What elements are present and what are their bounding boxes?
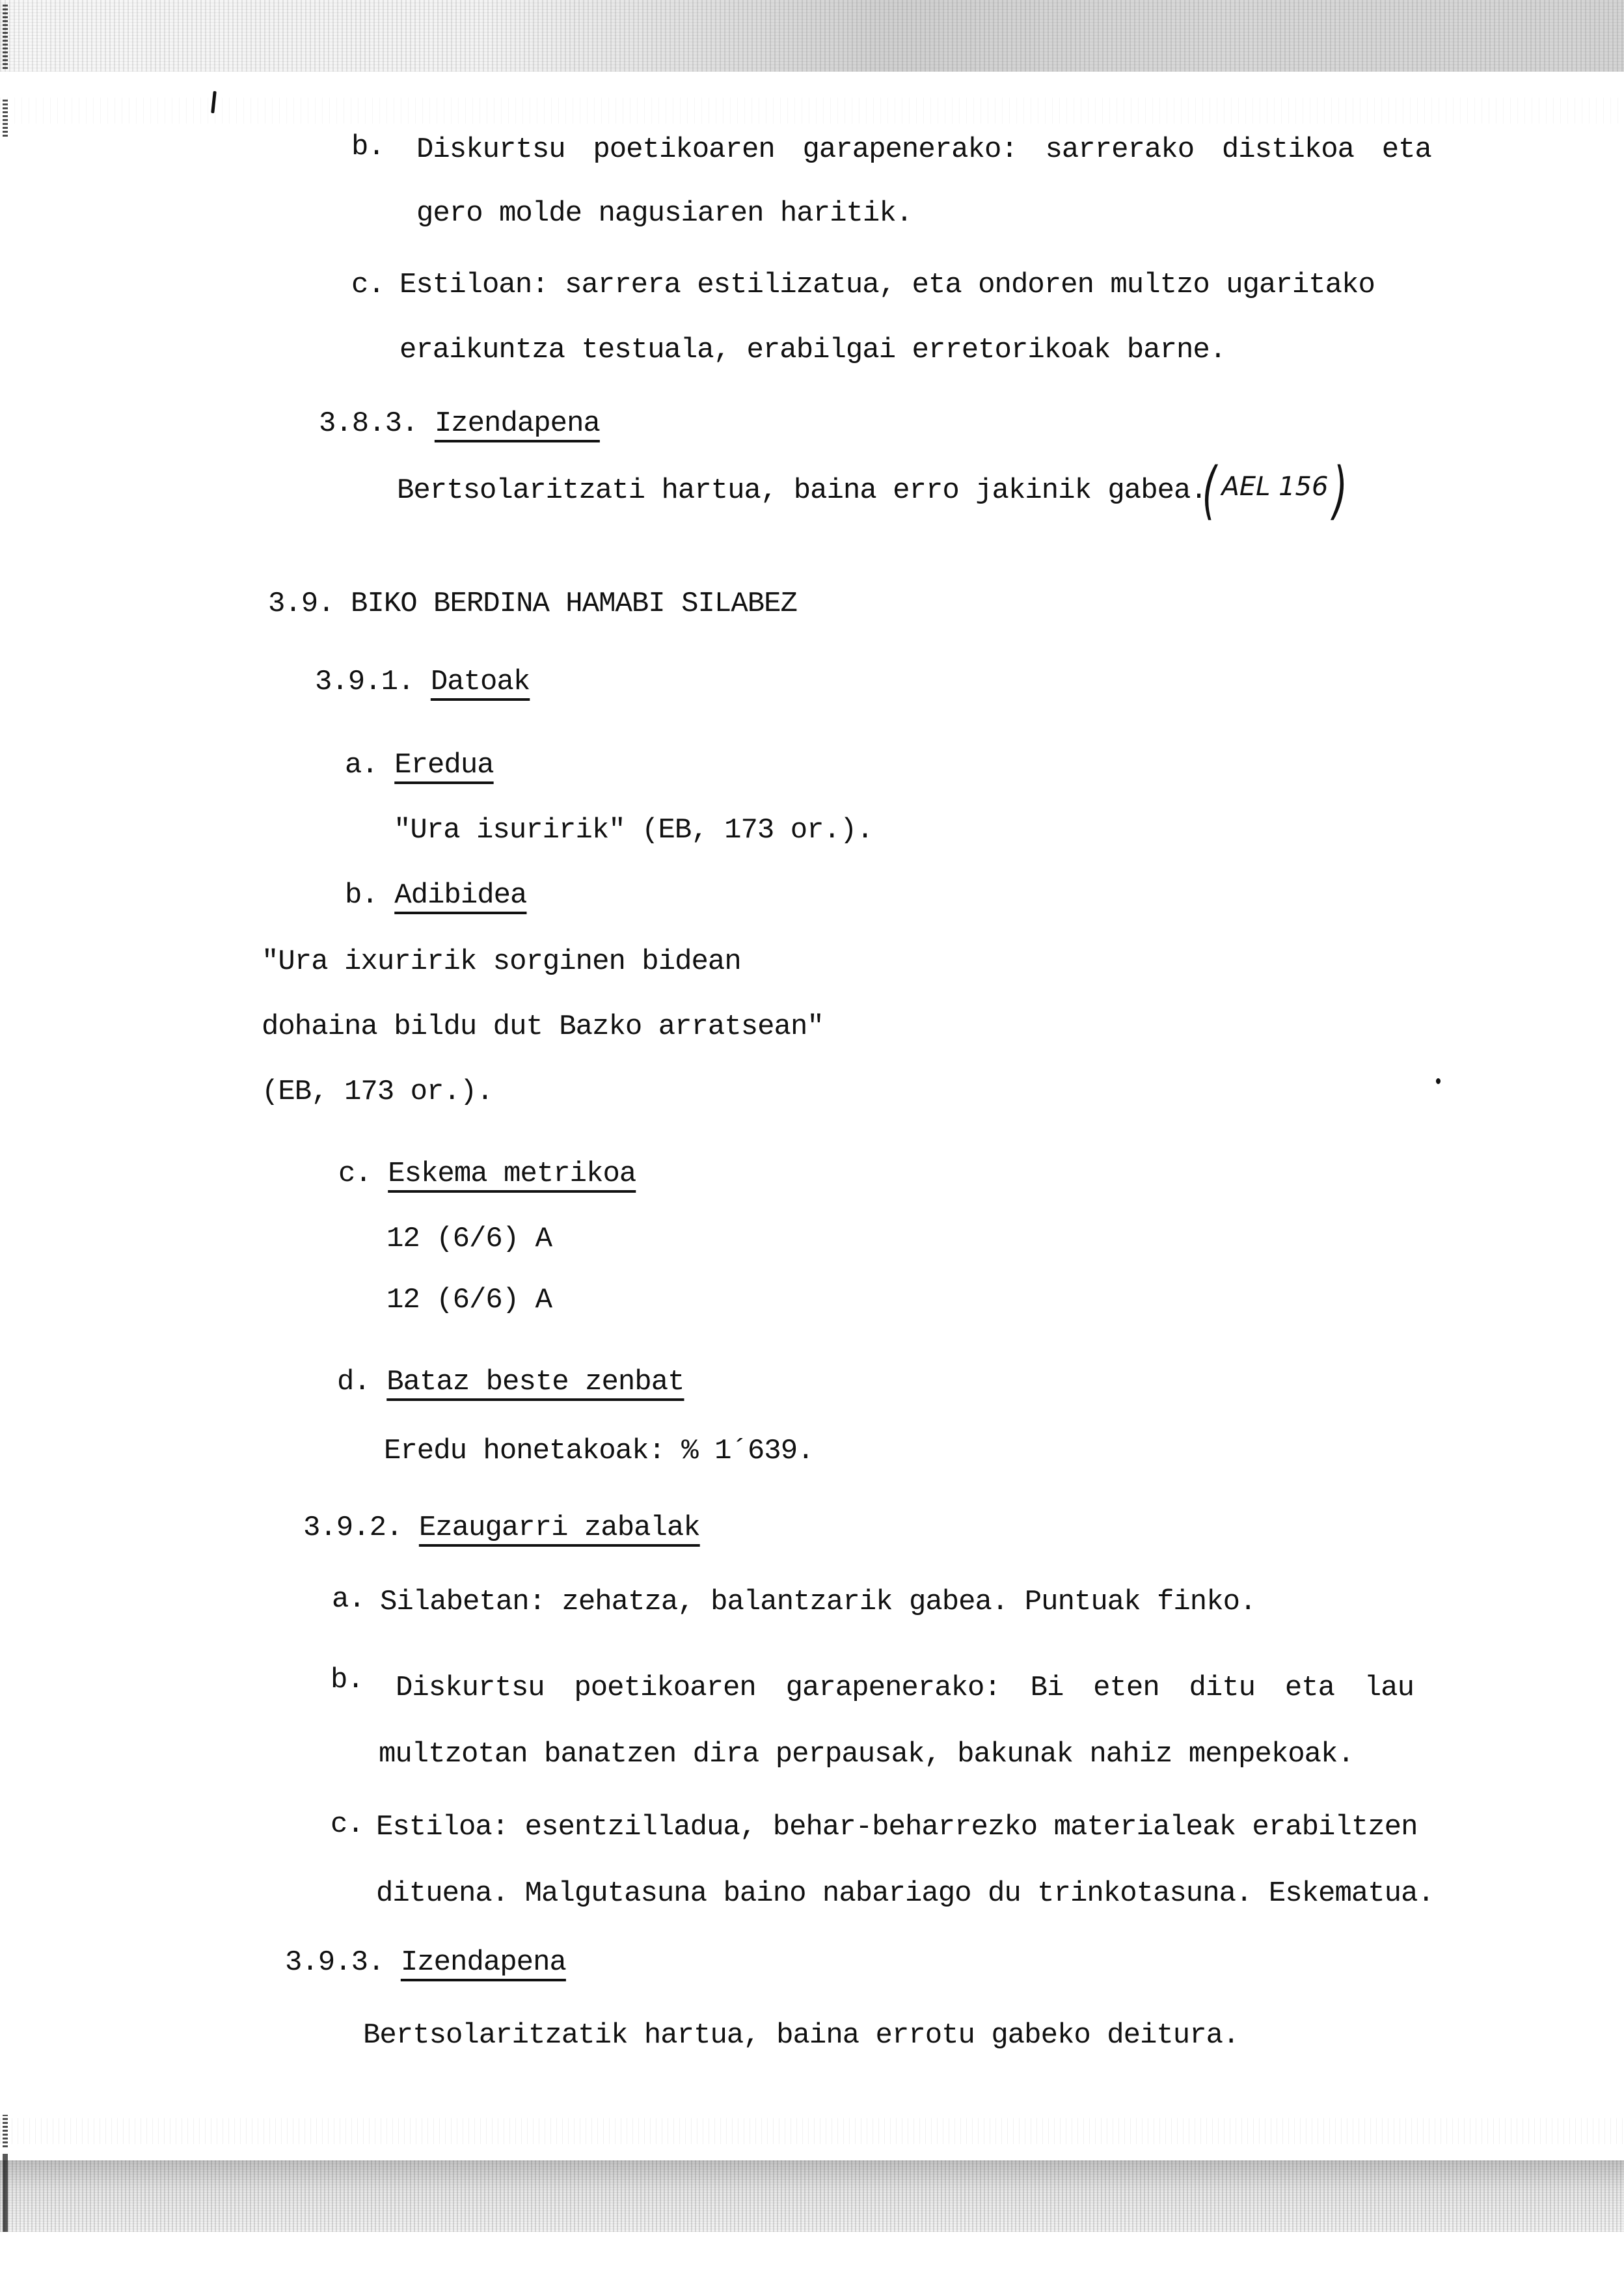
word: sarrerako bbox=[1045, 133, 1194, 167]
word: poetikoaren bbox=[574, 1671, 755, 1705]
item-a-body: Silabetan: zehatza, balantzarik gabea. P… bbox=[380, 1585, 1256, 1619]
scan-noise-bottom bbox=[0, 2160, 1624, 2232]
item-b-marker: b. bbox=[331, 1663, 364, 1697]
scan-edge-mark bbox=[3, 4, 8, 69]
scan-noise-top-lower bbox=[0, 98, 1624, 124]
word: lau bbox=[1364, 1671, 1414, 1705]
section-title: Izendapena bbox=[435, 407, 600, 440]
metric-scheme-line: 12 (6/6) A bbox=[386, 1283, 552, 1317]
quote-line: "Ura ixuririk sorginen bidean bbox=[262, 945, 741, 979]
item-c-heading: c. Eskema metrikoa bbox=[338, 1157, 636, 1191]
word: Diskurtsu bbox=[396, 1671, 545, 1705]
section-number: 3.9. bbox=[268, 588, 334, 620]
item-b-marker: b. bbox=[351, 130, 385, 164]
section-3-9-1-heading: 3.9.1. Datoak bbox=[315, 665, 530, 699]
scan-edge-mark bbox=[3, 2115, 8, 2147]
item-marker: d. bbox=[337, 1366, 370, 1398]
section-number: 3.9.1. bbox=[315, 666, 414, 698]
item-a-marker: a. bbox=[332, 1582, 365, 1616]
section-title: Ezaugarri zabalak bbox=[419, 1512, 700, 1544]
item-c-marker: c. bbox=[351, 268, 385, 302]
word: Bi bbox=[1031, 1671, 1064, 1705]
section-title: BIKO BERDINA HAMABI SILABEZ bbox=[351, 588, 797, 620]
pen-tick-mark bbox=[211, 91, 217, 113]
handwritten-paren-right: ) bbox=[1333, 459, 1347, 522]
section-number: 3.9.2. bbox=[303, 1512, 402, 1544]
item-title: Eskema metrikoa bbox=[388, 1158, 636, 1190]
scan-noise-top bbox=[0, 0, 1624, 72]
section-3-8-3-heading: 3.8.3. Izendapena bbox=[319, 407, 600, 441]
word: ditu bbox=[1189, 1671, 1255, 1705]
handwritten-annotation: (AEL 156) bbox=[1197, 459, 1353, 522]
item-marker: b. bbox=[345, 879, 378, 912]
item-d-body: Eredu honetakoak: % 1´639. bbox=[384, 1434, 814, 1468]
section-3-9-2-heading: 3.9.2. Ezaugarri zabalak bbox=[303, 1511, 700, 1545]
word: eten bbox=[1093, 1671, 1159, 1705]
scan-edge-mark bbox=[3, 2154, 8, 2232]
word: Diskurtsu bbox=[416, 133, 565, 167]
section-3-9-3-body: Bertsolaritzatik hartua, baina errotu ga… bbox=[363, 2018, 1239, 2052]
section-title: Izendapena bbox=[401, 1946, 566, 1979]
item-b-line2: multzotan banatzen dira perpausak, bakun… bbox=[379, 1737, 1354, 1771]
item-c-line2: eraikuntza testuala, erabilgai erretorik… bbox=[399, 333, 1226, 367]
section-number: 3.9.3. bbox=[285, 1946, 384, 1979]
item-c-marker: c. bbox=[331, 1808, 364, 1841]
item-title: Adibidea bbox=[394, 879, 526, 912]
scanned-page: b. Diskurtsu poetikoaren garapenerako: s… bbox=[0, 0, 1624, 2282]
item-c-line1: Estiloa: esentzilladua, behar-beharrezko… bbox=[376, 1810, 1417, 1844]
word: eta bbox=[1285, 1671, 1334, 1705]
item-d-heading: d. Bataz beste zenbat bbox=[337, 1365, 684, 1399]
metric-scheme-line: 12 (6/6) A bbox=[386, 1222, 552, 1256]
item-c-line2: dituena. Malgutasuna baino nabariago du … bbox=[376, 1877, 1434, 1910]
scan-noise-bottom-thin bbox=[0, 2118, 1624, 2144]
section-3-8-3-body: Bertsolaritzati hartua, baina erro jakin… bbox=[397, 474, 1207, 508]
item-b-line1: Diskurtsu poetikoaren garapenerako: Bi e… bbox=[396, 1671, 1414, 1705]
word: eta bbox=[1382, 133, 1431, 167]
item-marker: c. bbox=[338, 1158, 372, 1190]
item-title: Eredua bbox=[394, 749, 493, 781]
handwritten-note-text: AEL 156 bbox=[1221, 472, 1328, 502]
quote-line: dohaina bildu dut Bazko arratsean" bbox=[262, 1010, 824, 1044]
word: distikoa bbox=[1222, 133, 1354, 167]
word: garapenerako: bbox=[786, 1671, 1001, 1705]
item-a-heading: a. Eredua bbox=[345, 748, 494, 782]
quote-citation: (EB, 173 or.). bbox=[262, 1075, 493, 1109]
item-title: Bataz beste zenbat bbox=[386, 1366, 684, 1398]
item-marker: a. bbox=[345, 749, 378, 781]
section-number: 3.8.3. bbox=[319, 407, 418, 440]
handwritten-paren-left: ( bbox=[1202, 459, 1216, 522]
section-3-9-3-heading: 3.9.3. Izendapena bbox=[285, 1946, 566, 1979]
word: poetikoaren bbox=[593, 133, 774, 167]
item-a-body: "Ura isuririk" (EB, 173 or.). bbox=[394, 813, 873, 847]
word: garapenerako: bbox=[803, 133, 1018, 167]
item-c-line1: Estiloan: sarrera estilizatua, eta ondor… bbox=[399, 268, 1375, 302]
item-b-line1: Diskurtsu poetikoaren garapenerako: sarr… bbox=[416, 133, 1431, 167]
item-b-line2: gero molde nagusiaren haritik. bbox=[416, 197, 912, 230]
stray-dot bbox=[1436, 1078, 1441, 1084]
item-b-heading: b. Adibidea bbox=[345, 878, 526, 912]
section-title: Datoak bbox=[431, 666, 530, 698]
scan-edge-mark bbox=[3, 98, 8, 137]
section-3-9-heading: 3.9. BIKO BERDINA HAMABI SILABEZ bbox=[268, 587, 797, 621]
